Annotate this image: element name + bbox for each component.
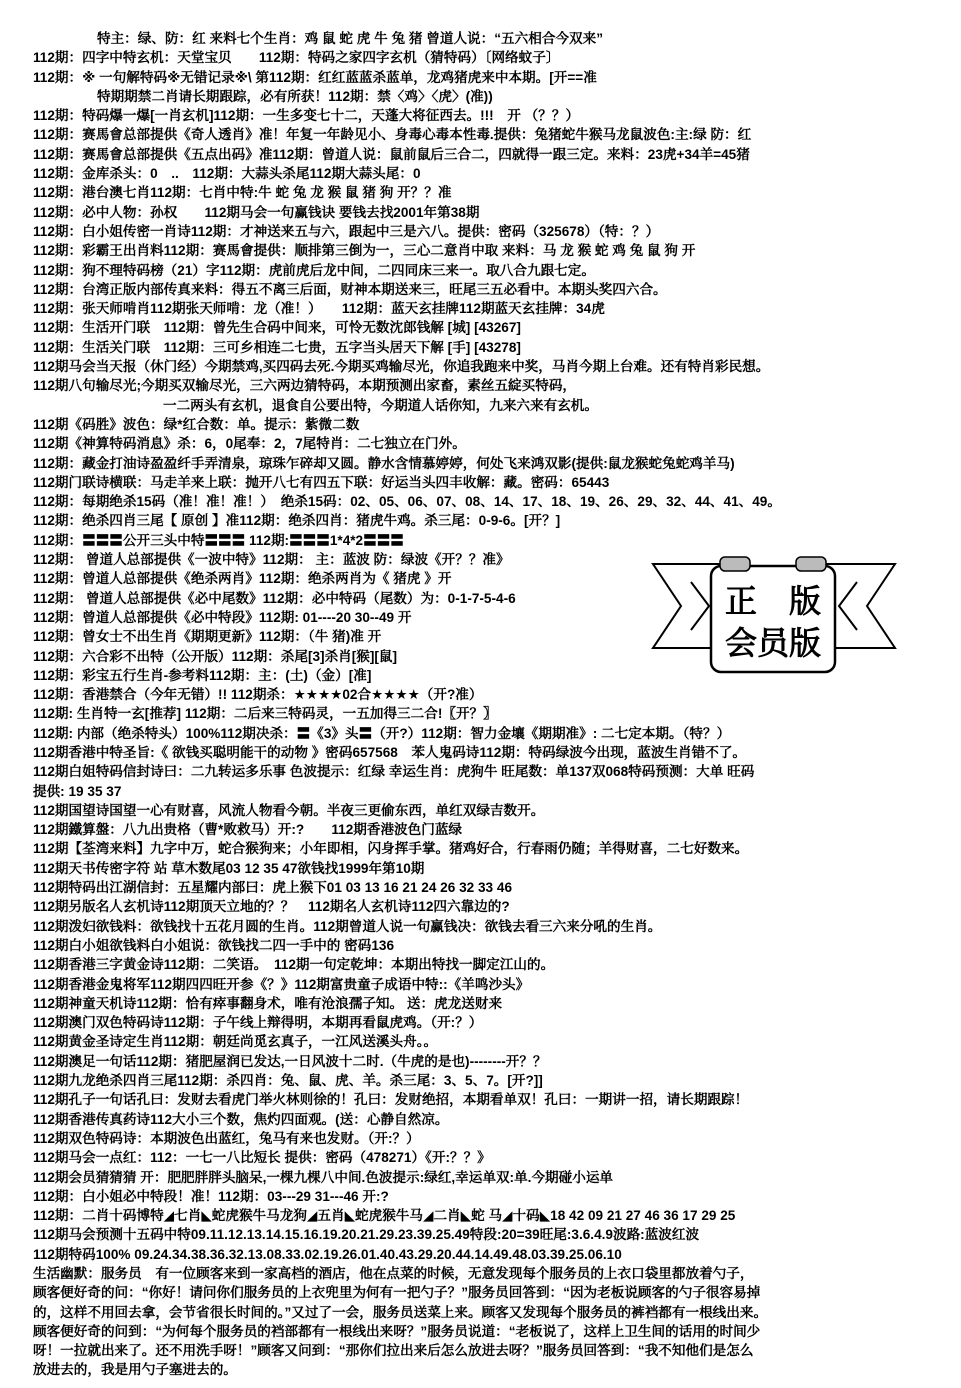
tipsheet-line: 112期鐵算盤：八九出贵格（曹*败救马）开:? 112期香港波色门蓝绿 (0, 820, 961, 839)
tipsheet-line: 112期马会一点红：112：一七一八比短长 提供：密码（478271）《开:？？… (0, 1148, 961, 1167)
tipsheet-line: 112期泼妇欲钱料：欲钱找十五花月圆的生肖。112期曾道人说一句赢钱决：欲钱去看… (0, 917, 961, 936)
tipsheet-line: 呀！一拉就出来了。还不用洗手呀！”顾客又问到：“那你们拉出来后怎么放进去呀？”服… (0, 1341, 961, 1360)
scroll-curl-left-icon (720, 557, 750, 571)
authentic-member-banner: 正 版 会员版 (645, 548, 960, 684)
tipsheet-line: 112期八句输尽光;今期买双输尽光，三六两边猜特码，本期预测出家畜，素丝五綻买特… (0, 376, 961, 395)
tipsheet-line: 112期香港金鬼将军112期四四旺开参《？》112期富贵童子成语中特::《羊鸣沙… (0, 975, 961, 994)
tipsheet-line: 112期：金库杀头：0 .. 112期：大蒜头杀尾112期大蒜头尾：0 (0, 164, 961, 183)
tipsheet-line: 的，这样不用回去拿，会节省很长时间的。”又过了一会，服务员送菜上来。顾客又发现每… (0, 1303, 961, 1322)
tipsheet-line: 特期期禁二肖请长期跟踪，必有所获！112期：禁〈鸡〉〈虎〉(准)) (0, 87, 961, 106)
tipsheet-line: 112期香港中特圣旨:《 欲钱买聪明能干的动物 》密码657568 苯人鬼码诗1… (0, 743, 961, 762)
tipsheet-lines: 特主：绿、防：红 来料七个生肖：鸡 鼠 蛇 虎 牛 兔 猪 曾道人说：“五六相合… (0, 29, 961, 1380)
tipsheet-line: 112期：※ 一句解特码※无错记录※\ 第112期：红红蓝蓝杀蓝单，龙鸡猪虎来中… (0, 68, 961, 87)
banner-title-line2: 会员版 (725, 625, 821, 661)
tipsheet-line: 112期：赛馬會总部提供《奇人透肖》准！年复一年龄见小、身毒心毒本性毒.提供：兔… (0, 125, 961, 144)
tipsheet-line: 112期：四字中特玄机：天堂宝贝 112期：特码之家四字玄机（猜特码）〔网络蚊子… (0, 48, 961, 67)
tipsheet-line: 112期《码胜》波色：绿*红合数：单。提示：紫微二数 (0, 415, 961, 434)
tipsheet-line: 112期另版名人玄机诗112期顶天立地的？？ 112期名人玄机诗112四六靠边的… (0, 897, 961, 916)
tipsheet-line: 112期黄金圣诗定生肖112期：朝廷尚觅玄真子，一江风送溪头舟。。 (0, 1032, 961, 1051)
banner-title-line1: 正 版 (725, 583, 821, 619)
tipsheet-line: 112期：彩霸王出肖料112期：赛馬會提供：顺排第三倒为一，三心二意肖中取 来料… (0, 241, 961, 260)
tipsheet-line: 112期：赛馬會总部提供《五点出码》准112期：曾道人说：鼠前鼠后三合二，四就得… (0, 145, 961, 164)
tipsheet-line: 112期：藏金打油诗盈盈纤手弄清泉，琼珠乍碎却又圆。静水含情慕婷婷，何处飞来鸿双… (0, 454, 961, 473)
tipsheet-line: 生活幽默：服务员 有一位顾客来到一家高档的酒店，他在点菜的时候，无意发现每个服务… (0, 1264, 961, 1283)
tipsheet: 特主：绿、防：红 来料七个生肖：鸡 鼠 蛇 虎 牛 兔 猪 曾道人说：“五六相合… (0, 0, 961, 1388)
tipsheet-line: 顾客便好奇的问：“你好！请问你们服务员的上衣兜里为何有一把勺子？”服务员回答到：… (0, 1283, 961, 1302)
tipsheet-line: 112期：台湾正版内部传真来料：得五不离三后面，财神本期送来三，旺尾三五必看中。… (0, 280, 961, 299)
tipsheet-line: 112期特码出江湖信封：五星耀内部曰：虎上猴下01 03 13 16 21 24… (0, 878, 961, 897)
tipsheet-line: 112期白姐特码信封诗曰：二九转运多乐事 色波提示：红绿 幸运生肖：虎狗牛 旺尾… (0, 762, 961, 781)
tipsheet-line: 112期：生活开门联 112期：曾先生合码中间来，可怜无数沈郎钱解 [城] [4… (0, 318, 961, 337)
tipsheet-line: 112期：香港禁合（今年无错）!! 112期杀：★★★★02合★★★★（开?准） (0, 685, 961, 704)
tipsheet-line: 112期香港传真药诗112大小三个数，焦灼四面观。(送：心静自然凉。 (0, 1110, 961, 1129)
tipsheet-line: 112期：白小姐传密一肖诗112期：才神送来五与六，跟起中三是六八。提供：密码（… (0, 222, 961, 241)
tipsheet-line: 112期：特码爆一爆[一肖玄机]112期：一生多变七十二，天蓬大将征西去。!!!… (0, 106, 961, 125)
tipsheet-line: 112期【荃湾来料】九字中万，蛇合猴狗来；小年即相，闪身挥手掌。猪鸡好合，行春雨… (0, 839, 961, 858)
tipsheet-line: 112期双色特码诗：本期波色出蓝红，兔马有来也发财。（开:？） (0, 1129, 961, 1148)
tipsheet-line: 112期九龙绝杀四肖三尾112期：杀四肖：兔、鼠、虎、羊。杀三尾：3、5、7。[… (0, 1071, 961, 1090)
tipsheet-line: 112期孔子一句话孔曰：发财去看虎门举火林则徐的！孔曰：发财绝招，本期看单双！孔… (0, 1090, 961, 1109)
tipsheet-line: 112期国望诗国望一心有财喜，风流人物看今朝。半夜三更偷东西，单红双绿吉数开。 (0, 801, 961, 820)
tipsheet-line: 112期香港三字黄金诗112期：二笑语。 112期一句定乾坤：本期出特找一脚定江… (0, 955, 961, 974)
tipsheet-line: 112期特码100% 09.24.34.38.36.32.13.08.33.02… (0, 1245, 961, 1264)
tipsheet-line: 112期门联诗横联：马走羊来上联：抛开八七有四五下联：好运当头四丰收解：藏。密码… (0, 473, 961, 492)
tipsheet-line: 112期: 生肖特一玄[推荐] 112期：二后来三特码灵，一五加得三二合!〖开？… (0, 704, 961, 723)
tipsheet-line: 112期：绝杀四肖三尾【 原创 】准112期：绝杀四肖：猪虎牛鸡。杀三尾：0-9… (0, 511, 961, 530)
tipsheet-line: 112期: 内部（绝杀特头）100%112期决杀：〓《3》头〓（开?）112期：… (0, 724, 961, 743)
tipsheet-line: 112期：生活关门联 112期：三可乡相连二七贵，五字当头居天下解 [手] [4… (0, 338, 961, 357)
tipsheet-line: 112期：二肖十码博特◢七肖◣蛇虎猴牛马龙狗◢五肖◣蛇虎猴牛马◢二肖◣蛇 马◢十… (0, 1206, 961, 1225)
tipsheet-line: 112期《神算特码消息》杀：6，0尾奉：2，7尾特肖：二七独立在门外。 (0, 434, 961, 453)
tipsheet-line: 一二两头有玄机，退食自公要出特，今期道人话你知，九来六来有玄机。 (0, 396, 961, 415)
tipsheet-line: 112期澳足一句话112期：猪肥屋润已发达,一日风波十二时.（牛虎的是也)---… (0, 1052, 961, 1071)
tipsheet-line: 112期白小姐欲钱料白小姐说：欲钱找二四一手中的 密码136 (0, 936, 961, 955)
tipsheet-line: 112期：港台澳七肖112期：七肖中特:牛 蛇 兔 龙 猴 鼠 猪 狗 开？？准 (0, 183, 961, 202)
tipsheet-line: 112期：必中人物：孙权 112期马会一句赢钱诀 要钱去找2001年第38期 (0, 203, 961, 222)
tipsheet-line: 112期天书传密字符 站 草木数尾03 12 35 47欲钱找1999年第10期 (0, 859, 961, 878)
tipsheet-line: 112期：白小姐必中特段！准！112期：03---29 31---46 开:? (0, 1187, 961, 1206)
tipsheet-line: 112期：张天师啃肖112期张天师啃：龙（准！） 112期：蓝天玄挂牌112期蓝… (0, 299, 961, 318)
tipsheet-line: 112期：每期绝杀15码（准！准！准！） 绝杀15码：02、05、06、07、0… (0, 492, 961, 511)
tipsheet-line: 112期马会预测十五码中特09.11.12.13.14.15.16.19.20.… (0, 1225, 961, 1244)
tipsheet-line: 112期澳门双色特码诗112期：子午线上辩得明，本期再看鼠虎鸡。（开:？） (0, 1013, 961, 1032)
scroll-curl-right-icon (796, 557, 826, 571)
tipsheet-line: 112期会员猜猜猜 开：肥肥胖胖头脑呆,一棵九棵八中间.色波提示:绿红,幸运单双… (0, 1168, 961, 1187)
tipsheet-line: 112期马会当天报（休门经）今期禁鸡,买四码去死.今期买鸡输尽光，你追我跑来中奖… (0, 357, 961, 376)
tipsheet-line: 112期神童天机诗112期：恰有瘁事翻身术，唯有沧浪孺子知。 送：虎龙送财来 (0, 994, 961, 1013)
tipsheet-line: 特主：绿、防：红 来料七个生肖：鸡 鼠 蛇 虎 牛 兔 猪 曾道人说：“五六相合… (0, 29, 961, 48)
tipsheet-line: 112期：狗不理特码榜（21）字112期：虎前虎后龙中间，二四同床三来一。取八合… (0, 261, 961, 280)
tipsheet-line: 顾客便好奇的问到：“为何每个服务员的裆部都有一根线出来呀？”服务员说道：“老板说… (0, 1322, 961, 1341)
tipsheet-line: 提供: 19 35 37 (0, 782, 961, 801)
banner-ribbon-icon: 正 版 会员版 (645, 548, 960, 684)
tipsheet-line: 放进去的，我是用勺子塞进去的。 (0, 1360, 961, 1379)
